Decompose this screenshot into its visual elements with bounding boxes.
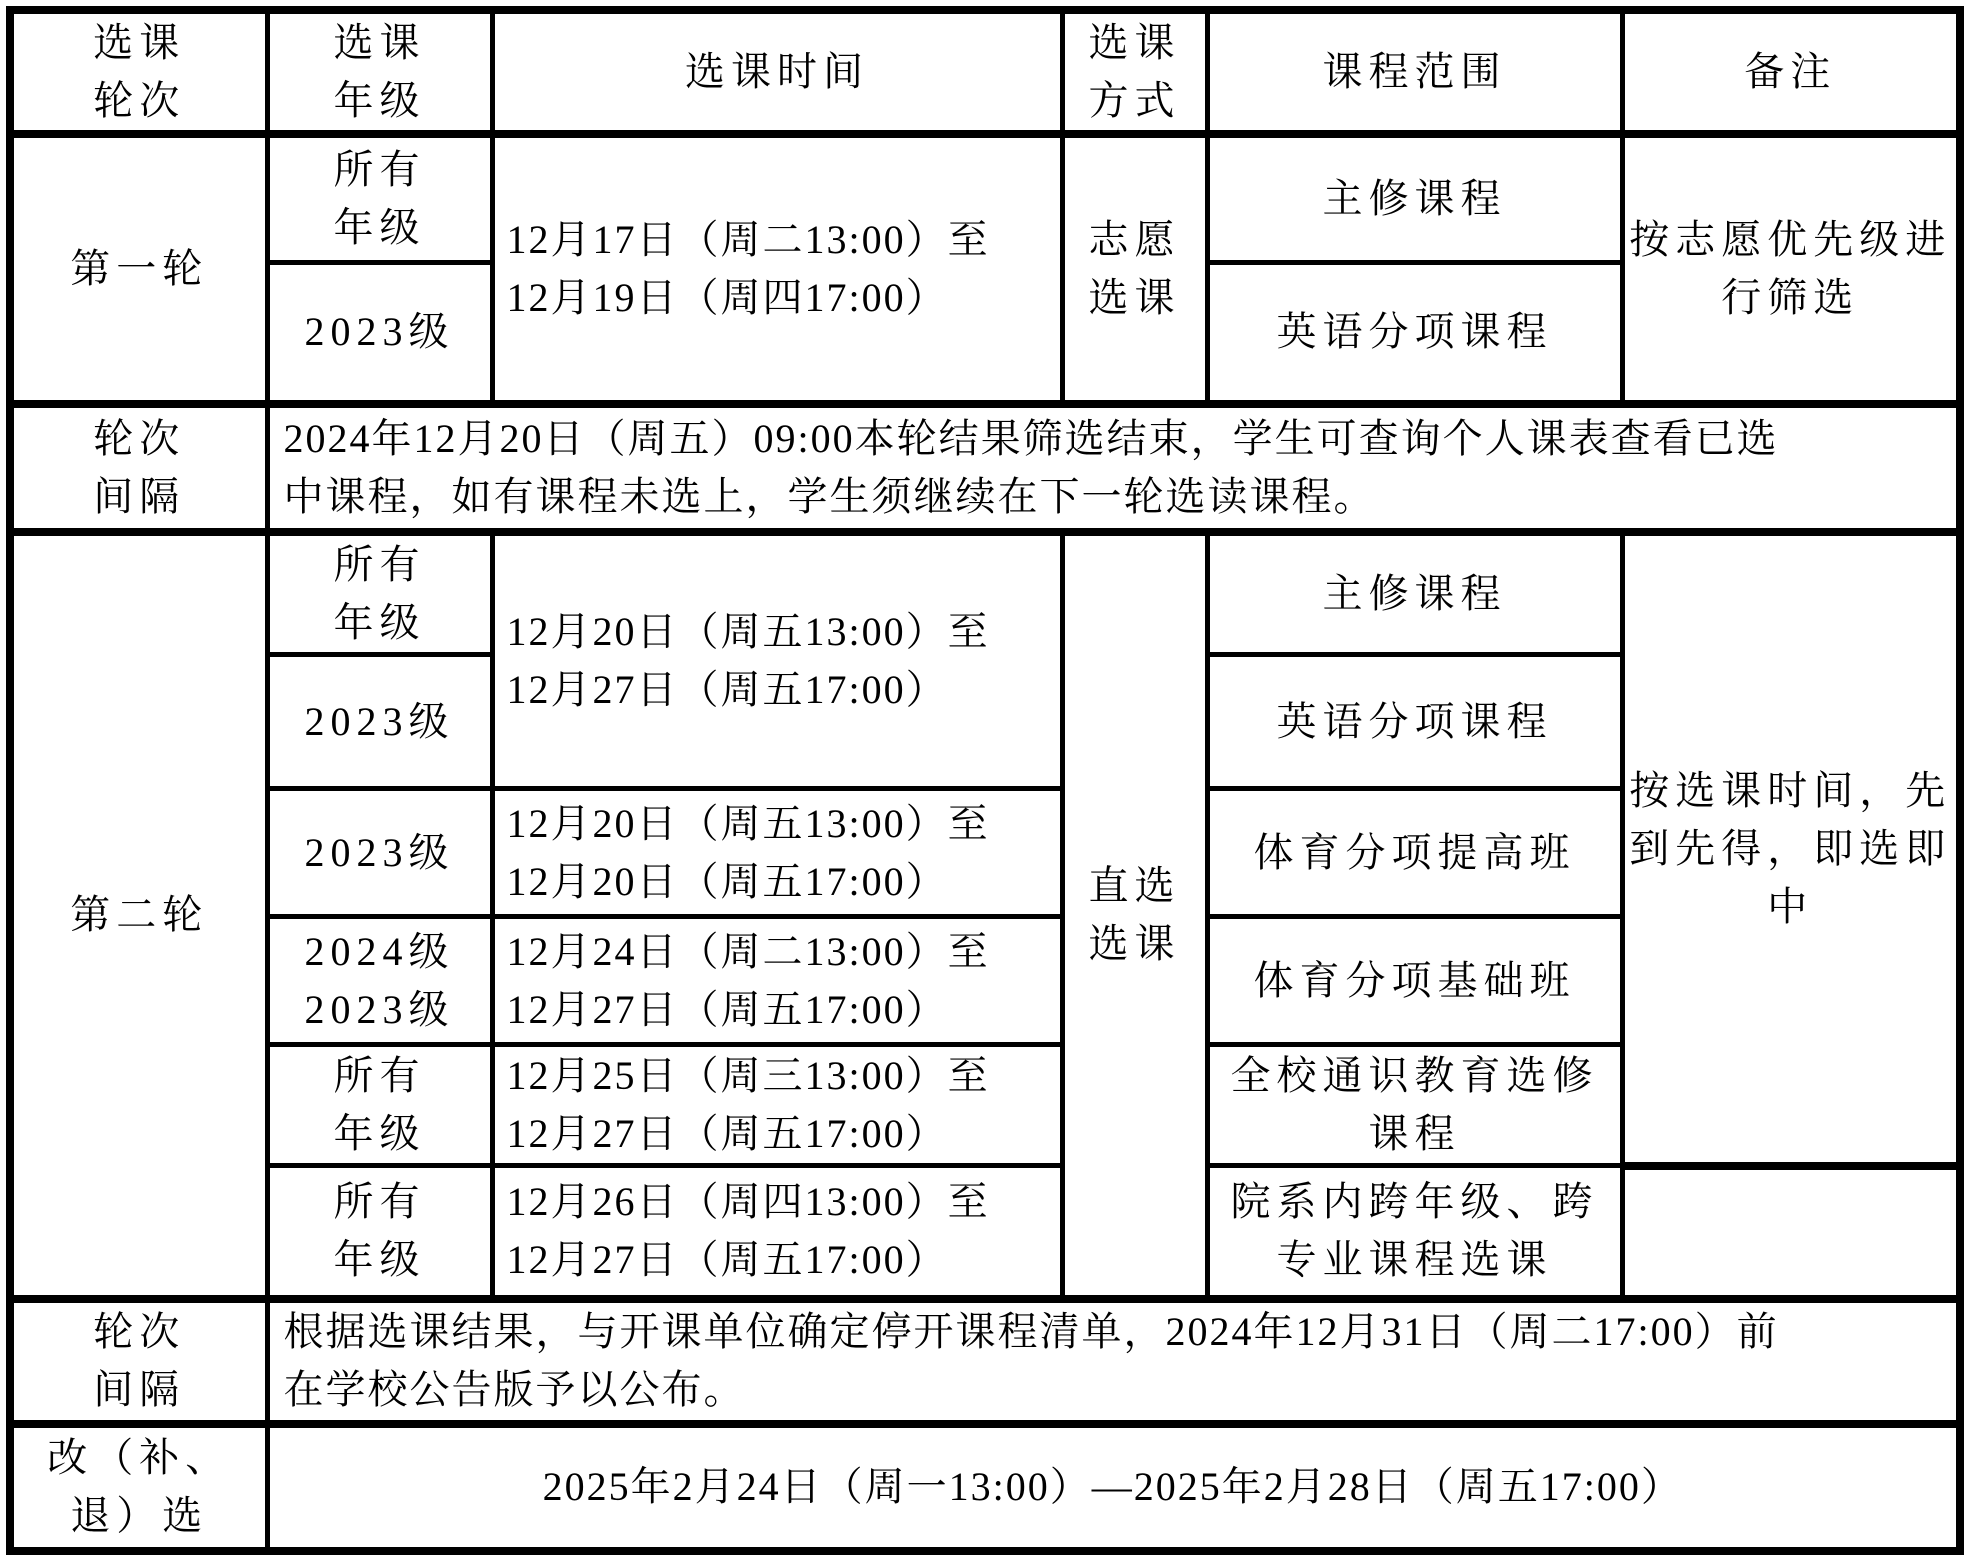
round2-grade-e: 所有 年级 [267, 1045, 492, 1166]
round1-label: 第一轮 [10, 134, 267, 404]
round2-scope-cross-dept: 院系内跨年级、跨 专业课程选课 [1207, 1166, 1622, 1299]
round2-row-a: 第二轮 所有 年级 12月20日（周五13:00）至 12月27日（周五17:0… [10, 532, 1960, 655]
round2-grade-a: 所有 年级 [267, 532, 492, 655]
round2-remark: 按选课时间，先 到先得，即选即 中 [1622, 532, 1960, 1166]
interval1-content: 2024年12月20日（周五）09:00本轮结果筛选结束，学生可查询个人课表查看… [267, 404, 1960, 532]
round2-grade-b: 2023级 [267, 655, 492, 789]
round2-scope-pe-advanced: 体育分项提高班 [1207, 789, 1622, 917]
round2-grade-d: 2024级 2023级 [267, 917, 492, 1045]
round1-grade-2023: 2023级 [267, 262, 492, 404]
course-selection-schedule-table: 选课 轮次 选课 年级 选课时间 选课 方式 课程范围 备注 第一轮 所有 年级… [6, 6, 1964, 1555]
round2-grade-f: 所有 年级 [267, 1166, 492, 1299]
header-remark: 备注 [1622, 10, 1960, 134]
header-method: 选课 方式 [1062, 10, 1207, 134]
round2-time-c: 12月20日（周五13:00）至 12月20日（周五17:00） [492, 789, 1062, 917]
round1-remark: 按志愿优先级进 行筛选 [1622, 134, 1960, 404]
round1-method: 志愿 选课 [1062, 134, 1207, 404]
header-row: 选课 轮次 选课 年级 选课时间 选课 方式 课程范围 备注 [10, 10, 1960, 134]
header-time: 选课时间 [492, 10, 1062, 134]
round2-time-e: 12月25日（周三13:00）至 12月27日（周五17:00） [492, 1045, 1062, 1166]
round2-scope-english: 英语分项课程 [1207, 655, 1622, 789]
round2-scope-pe-basic: 体育分项基础班 [1207, 917, 1622, 1045]
round1-scope-english: 英语分项课程 [1207, 262, 1622, 404]
interval1-label: 轮次 间隔 [10, 404, 267, 532]
adjust-row: 改（补、 退）选 2025年2月24日（周一13:00）—2025年2月28日（… [10, 1424, 1960, 1551]
round2-method: 直选 选课 [1062, 532, 1207, 1299]
header-round: 选课 轮次 [10, 10, 267, 134]
round2-scope-major: 主修课程 [1207, 532, 1622, 655]
round2-time-f: 12月26日（周四13:00）至 12月27日（周五17:00） [492, 1166, 1062, 1299]
round2-rowf-remark-empty-cell [1622, 1166, 1960, 1299]
adjust-content: 2025年2月24日（周一13:00）—2025年2月28日（周五17:00） [267, 1424, 1960, 1551]
round1-scope-major: 主修课程 [1207, 134, 1622, 262]
header-grade: 选课 年级 [267, 10, 492, 134]
round1-grade-all: 所有 年级 [267, 134, 492, 262]
round1-row-all-grades: 第一轮 所有 年级 12月17日（周二13:00）至 12月19日（周四17:0… [10, 134, 1960, 262]
header-scope: 课程范围 [1207, 10, 1622, 134]
round1-time: 12月17日（周二13:00）至 12月19日（周四17:00） [492, 134, 1062, 404]
round2-time-d: 12月24日（周二13:00）至 12月27日（周五17:00） [492, 917, 1062, 1045]
round2-grade-c: 2023级 [267, 789, 492, 917]
interval1-row: 轮次 间隔 2024年12月20日（周五）09:00本轮结果筛选结束，学生可查询… [10, 404, 1960, 532]
round2-time-ab: 12月20日（周五13:00）至 12月27日（周五17:00） [492, 532, 1062, 789]
round2-label: 第二轮 [10, 532, 267, 1299]
interval2-label: 轮次 间隔 [10, 1299, 267, 1424]
adjust-label: 改（补、 退）选 [10, 1424, 267, 1551]
round2-row-f: 所有 年级 12月26日（周四13:00）至 12月27日（周五17:00） 院… [10, 1166, 1960, 1299]
interval2-row: 轮次 间隔 根据选课结果，与开课单位确定停开课程清单，2024年12月31日（周… [10, 1299, 1960, 1424]
round2-scope-general-ed: 全校通识教育选修 课程 [1207, 1045, 1622, 1166]
interval2-content: 根据选课结果，与开课单位确定停开课程清单，2024年12月31日（周二17:00… [267, 1299, 1960, 1424]
